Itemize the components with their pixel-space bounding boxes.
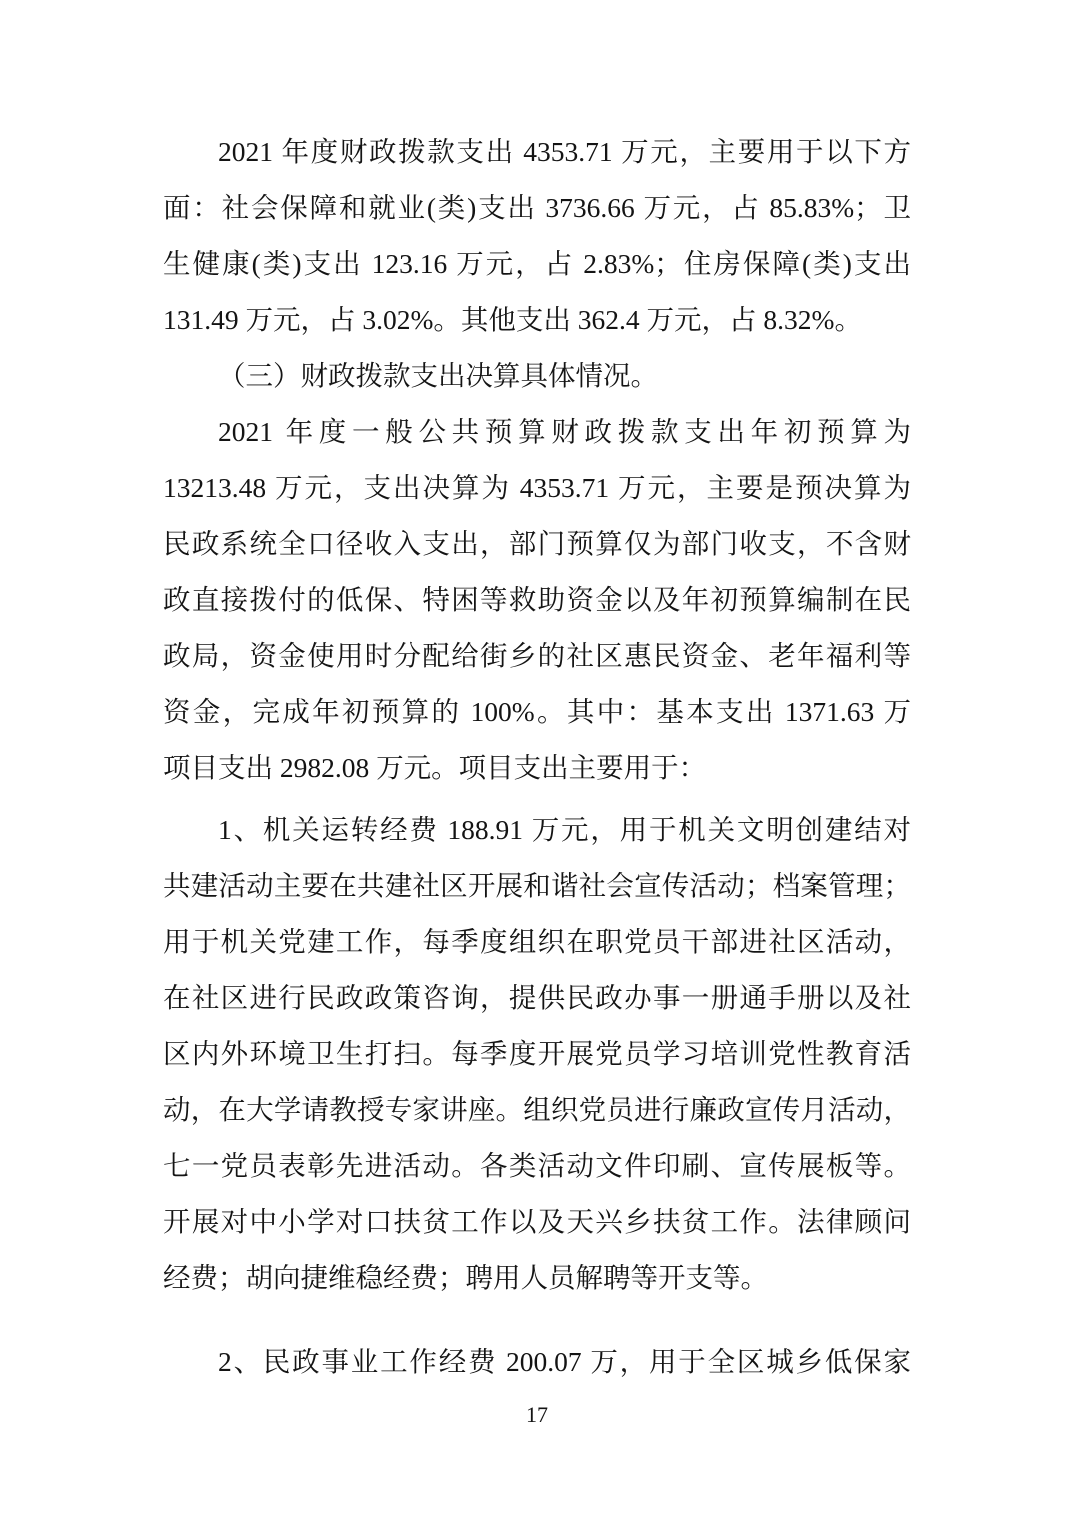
para-item-1-agency-operation-funds: 1、机关运转经费 188.91 万元，用于机关文明创建结对共建活动主要在共建社区… [163,802,911,1306]
para-fiscal-appropriation-expenditure-summary: 2021 年度财政拨款支出 4353.71 万元，主要用于以下方面：社会保障和就… [163,124,911,348]
para-budget-vs-final-accounts: 2021 年度一般公共预算财政拨款支出年初预算为13213.48 万元，支出决算… [163,404,911,796]
text-line: （三）财政拨款支出决算具体情况。 [163,348,911,404]
text-line: 区内外环境卫生打扫。每季度开展党员学习培训党性教育活 [163,1026,911,1082]
text-line: 民政系统全口径收入支出，部门预算仅为部门收支，不含财 [163,516,911,572]
heading-section-three: （三）财政拨款支出决算具体情况。 [163,348,911,404]
page-footer: 17 [0,1401,1074,1429]
text-line: 共建活动主要在共建社区开展和谐社会宣传活动；档案管理； [163,858,911,914]
text-line: 政直接拨付的低保、特困等救助资金以及年初预算编制在民 [163,572,911,628]
document-page: 2021 年度财政拨款支出 4353.71 万元，主要用于以下方面：社会保障和就… [0,0,1074,1520]
text-line: 经费；胡向捷维稳经费；聘用人员解聘等开支等。 [163,1250,911,1306]
text-line: 七一党员表彰先进活动。各类活动文件印刷、宣传展板等。 [163,1138,911,1194]
text-line: 1、机关运转经费 188.91 万元，用于机关文明创建结对 [163,802,911,858]
text-line: 生健康(类)支出 123.16 万元，占 2.83%；住房保障(类)支出 [163,236,911,292]
text-line: 在社区进行民政政策咨询，提供民政办事一册通手册以及社 [163,970,911,1026]
text-line: 开展对中小学对口扶贫工作以及天兴乡扶贫工作。法律顾问 [163,1194,911,1250]
text-line: 2021 年度财政拨款支出 4353.71 万元，主要用于以下方 [163,124,911,180]
text-line: 131.49 万元，占 3.02%。其他支出 362.4 万元，占 8.32%。 [163,292,911,348]
page-number: 17 [526,1402,548,1427]
text-line: 用于机关党建工作，每季度组织在职党员干部进社区活动， [163,914,911,970]
para-item-2-civil-affairs-work-funds: 2、民政事业工作经费 200.07 万，用于全区城乡低保家 [163,1334,911,1390]
text-line: 政局，资金使用时分配给街乡的社区惠民资金、老年福利等 [163,628,911,684]
document-body: 2021 年度财政拨款支出 4353.71 万元，主要用于以下方面：社会保障和就… [163,124,911,1390]
text-line: 2、民政事业工作经费 200.07 万，用于全区城乡低保家 [163,1334,911,1390]
text-line: 13213.48 万元，支出决算为 4353.71 万元，主要是预决算为 [163,460,911,516]
text-line: 动，在大学请教授专家讲座。组织党员进行廉政宣传月活动， [163,1082,911,1138]
text-line: 资金，完成年初预算的 100%。其中：基本支出 1371.63 万元， [163,684,911,740]
text-line: 2021 年度一般公共预算财政拨款支出年初预算为 [163,404,911,460]
text-line: 项目支出 2982.08 万元。项目支出主要用于： [163,740,911,796]
text-line: 面：社会保障和就业(类)支出 3736.66 万元，占 85.83%；卫 [163,180,911,236]
